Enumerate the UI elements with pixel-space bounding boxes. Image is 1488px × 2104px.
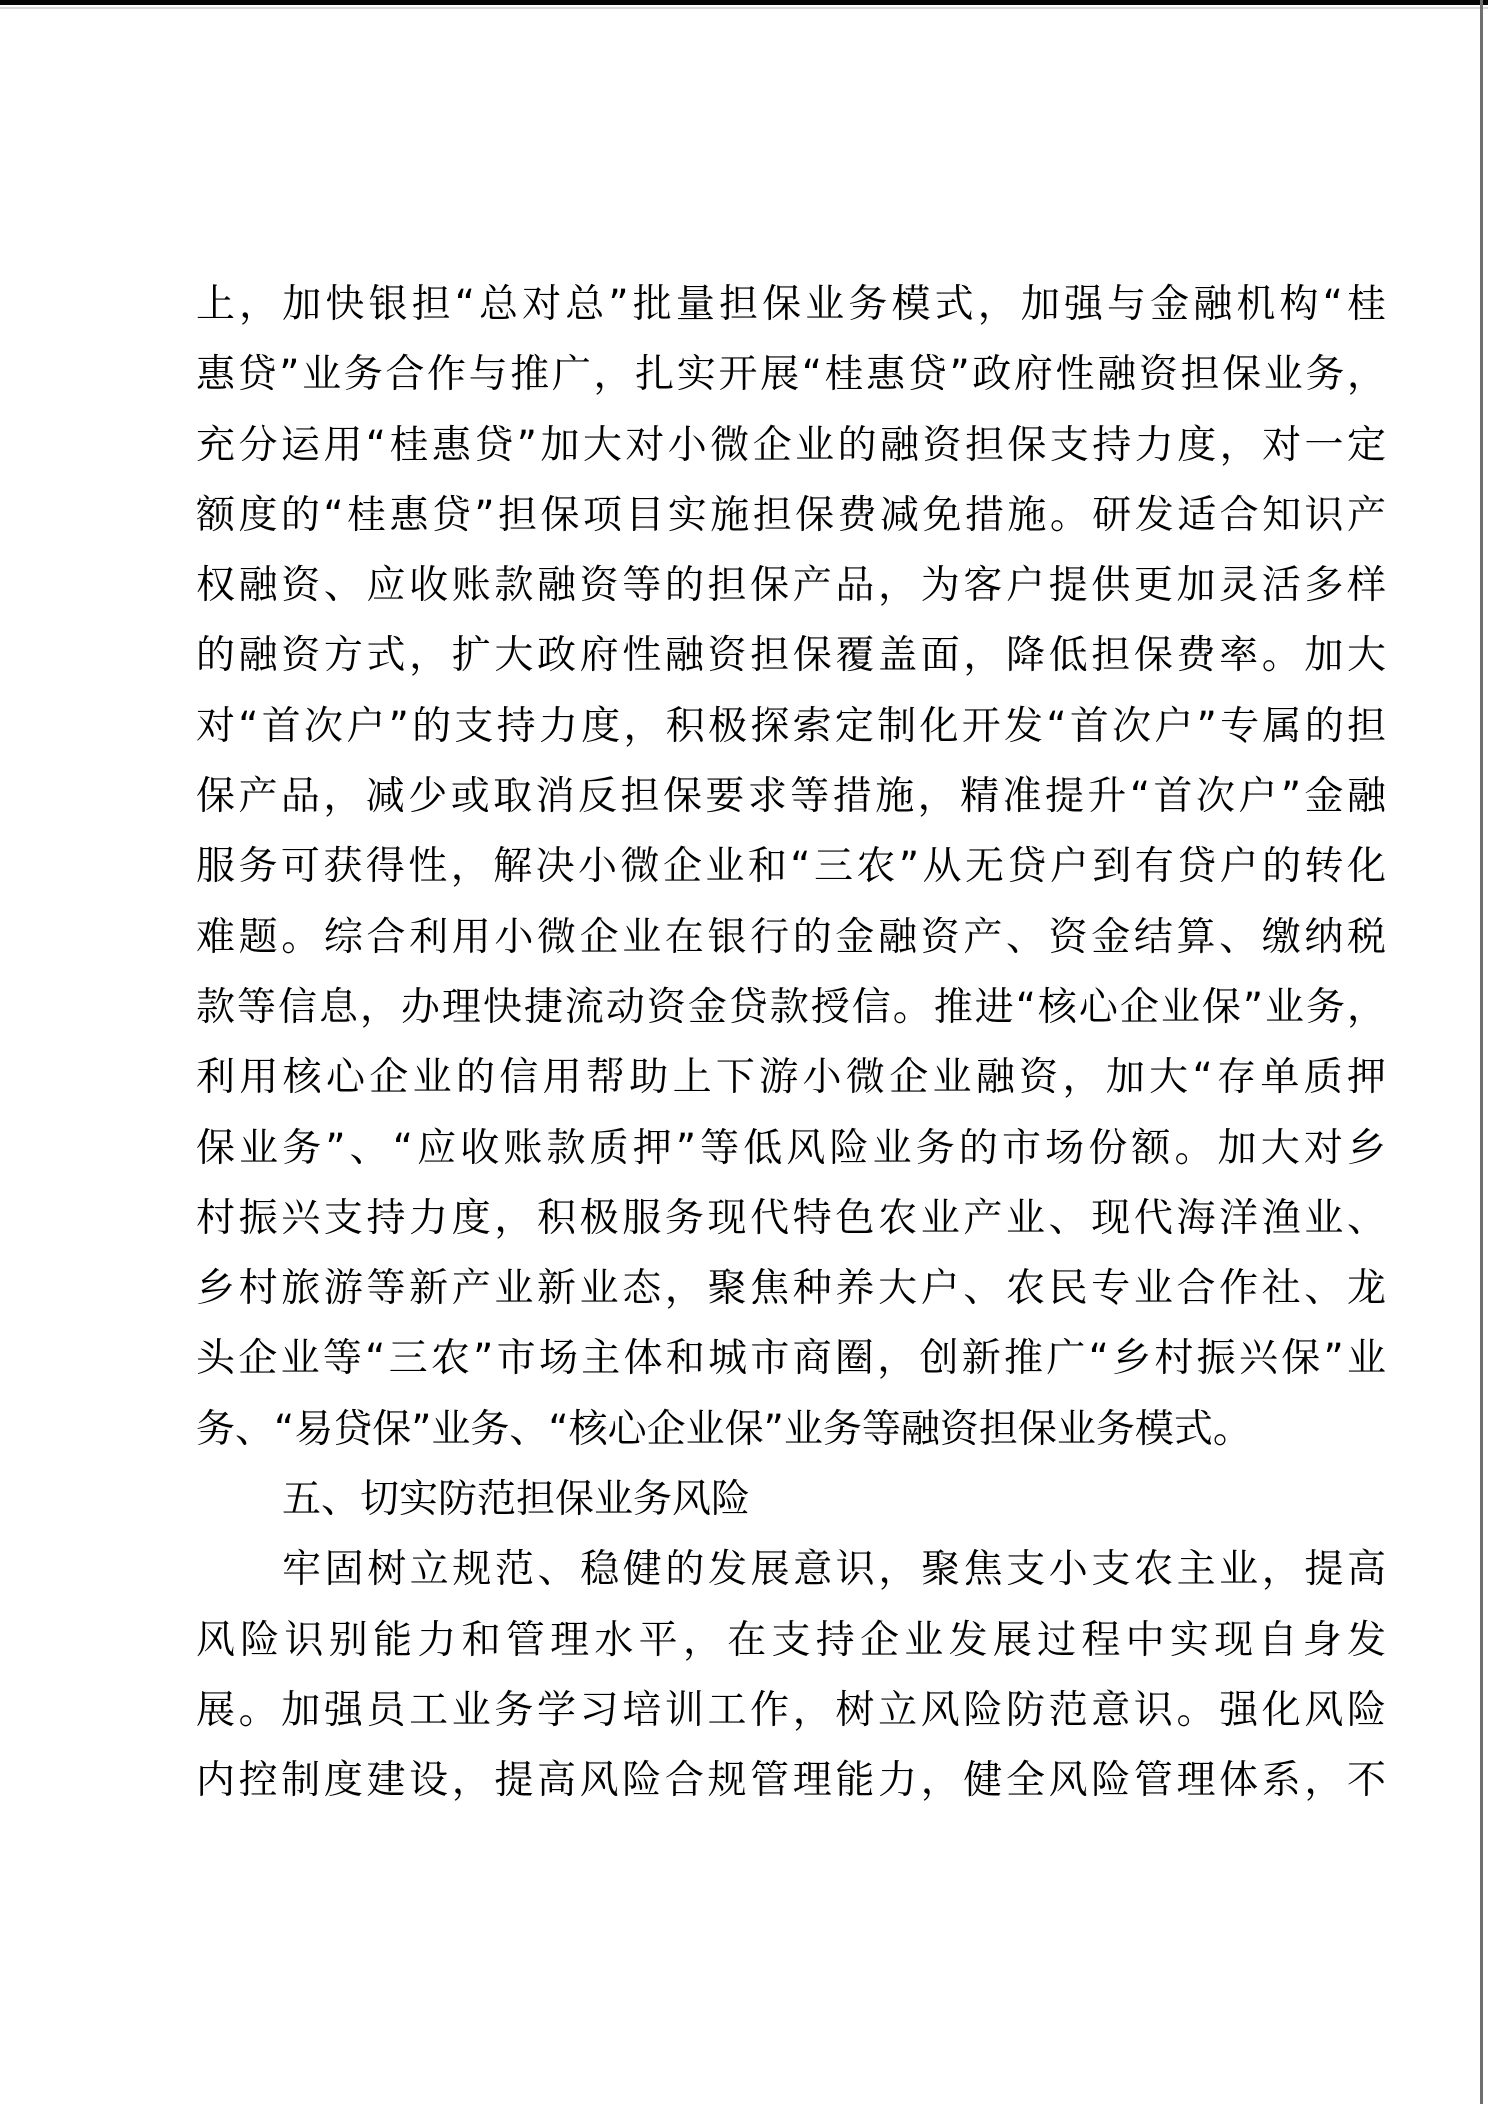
text-line: 额度的“桂惠贷”担保项目实施担保费减免措施。研发适合知识产 [196, 481, 1386, 551]
text-line: 展。加强员工业务学习培训工作，树立风险防范意识。强化风险 [196, 1676, 1386, 1746]
text-line: 惠贷”业务合作与推广，扎实开展“桂惠贷”政府性融资担保业务， [196, 340, 1386, 410]
text-line: 内控制度建设，提高风险合规管理能力，健全风险管理体系，不 [196, 1746, 1386, 1816]
text-line: 乡村旅游等新产业新业态，聚焦种养大户、农民专业合作社、龙 [196, 1254, 1386, 1324]
text-line: 对“首次户”的支持力度，积极探索定制化开发“首次户”专属的担 [196, 692, 1386, 762]
text-line: 风险识别能力和管理水平，在支持企业发展过程中实现自身发 [196, 1606, 1386, 1676]
text-line: 上，加快银担“总对总”批量担保业务模式，加强与金融机构“桂 [196, 270, 1386, 340]
text-line: 利用核心企业的信用帮助上下游小微企业融资，加大“存单质押 [196, 1043, 1386, 1113]
text-line: 款等信息，办理快捷流动资金贷款授信。推进“核心企业保”业务， [196, 973, 1386, 1043]
text-line: 村振兴支持力度，积极服务现代特色农业产业、现代海洋渔业、 [196, 1184, 1386, 1254]
scan-edge-artifact-top [0, 0, 1488, 5]
text-line: 务、“易贷保”业务、“核心企业保”业务等融资担保业务模式。 [196, 1395, 1386, 1465]
document-page: 上，加快银担“总对总”批量担保业务模式，加强与金融机构“桂惠贷”业务合作与推广，… [0, 0, 1488, 2104]
text-line: 保业务”、“应收账款质押”等低风险业务的市场份额。加大对乡 [196, 1114, 1386, 1184]
document-text-block: 上，加快银担“总对总”批量担保业务模式，加强与金融机构“桂惠贷”业务合作与推广，… [196, 270, 1386, 1817]
text-line: 五、切实防范担保业务风险 [196, 1465, 1386, 1535]
scan-edge-artifact-right [1480, 0, 1483, 2104]
text-line: 充分运用“桂惠贷”加大对小微企业的融资担保支持力度，对一定 [196, 411, 1386, 481]
text-line: 的融资方式，扩大政府性融资担保覆盖面，降低担保费率。加大 [196, 621, 1386, 691]
text-line: 牢固树立规范、稳健的发展意识，聚焦支小支农主业，提高 [196, 1535, 1386, 1605]
text-line: 头企业等“三农”市场主体和城市商圈，创新推广“乡村振兴保”业 [196, 1324, 1386, 1394]
text-line: 权融资、应收账款融资等的担保产品，为客户提供更加灵活多样 [196, 551, 1386, 621]
scan-edge-artifact-top-faint [0, 7, 1488, 9]
text-line: 难题。综合利用小微企业在银行的金融资产、资金结算、缴纳税 [196, 903, 1386, 973]
text-line: 保产品，减少或取消反担保要求等措施，精准提升“首次户”金融 [196, 762, 1386, 832]
text-line: 服务可获得性，解决小微企业和“三农”从无贷户到有贷户的转化 [196, 832, 1386, 902]
